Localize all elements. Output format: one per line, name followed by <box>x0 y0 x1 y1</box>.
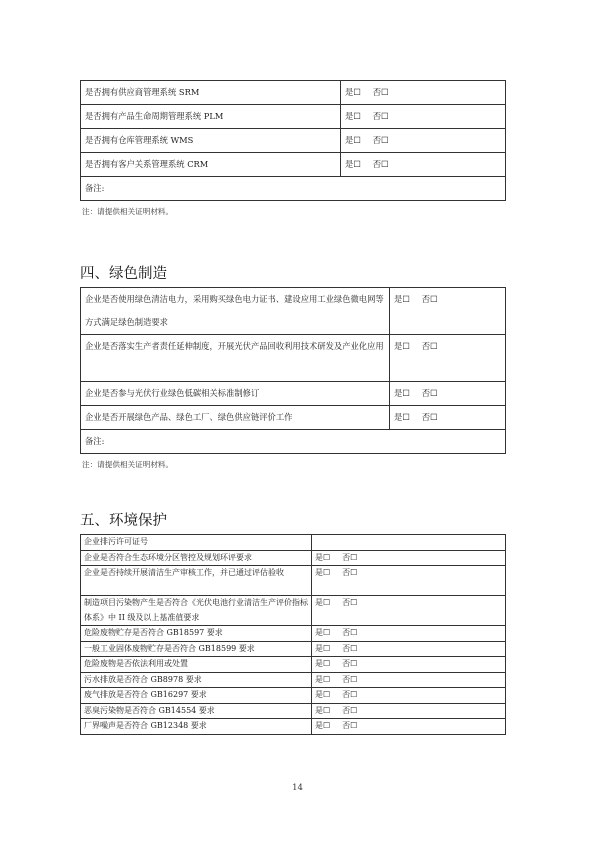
table-row: 污水排放是否符合 GB8978 要求 是☐否☐ <box>81 672 506 688</box>
yes-checkbox[interactable]: 是☐ <box>345 135 361 145</box>
yes-no-cell: 是☐否☐ <box>312 626 506 642</box>
page-number: 14 <box>0 783 595 793</box>
no-checkbox[interactable]: 否☐ <box>342 659 357 668</box>
yes-checkbox[interactable]: 是☐ <box>315 659 330 668</box>
yes-checkbox[interactable]: 是☐ <box>315 706 330 715</box>
table-row: 企业是否参与光伏行业绿色低碳相关标准制修订 是☐否☐ <box>81 382 506 406</box>
row-label: 是否拥有客户关系管理系统 CRM <box>81 153 341 177</box>
note-text: 注：请提供相关证明材料。 <box>82 206 173 217</box>
table-row: 企业是否开展绿色产品、绿色工厂、绿色供应链评价工作 是☐否☐ <box>81 406 506 430</box>
remarks-row: 备注: <box>81 430 506 454</box>
no-checkbox[interactable]: 否☐ <box>422 294 438 304</box>
row-label: 危险废物是否依法利用或处置 <box>81 657 312 673</box>
yes-checkbox[interactable]: 是☐ <box>394 294 410 304</box>
no-checkbox[interactable]: 否☐ <box>342 706 357 715</box>
it-systems-table: 是否拥有供应商管理系统 SRM 是☐否☐ 是否拥有产品生命周期管理系统 PLM … <box>80 80 506 201</box>
row-label: 一般工业固体废物贮存是否符合 GB18599 要求 <box>81 641 312 657</box>
no-checkbox[interactable]: 否☐ <box>422 341 438 351</box>
table-row: 废气排放是否符合 GB16297 要求 是☐否☐ <box>81 688 506 704</box>
row-label: 企业是否参与光伏行业绿色低碳相关标准制修订 <box>81 382 390 406</box>
no-checkbox[interactable]: 否☐ <box>342 598 357 607</box>
table-row: 危险废物贮存是否符合 GB18597 要求 是☐否☐ <box>81 626 506 642</box>
table-row: 企业是否持续开展清洁生产审核工作，并已通过评估验收 是☐否☐ <box>81 566 506 596</box>
yes-checkbox[interactable]: 是☐ <box>315 644 330 653</box>
yes-checkbox[interactable]: 是☐ <box>394 388 410 398</box>
yes-checkbox[interactable]: 是☐ <box>315 568 330 577</box>
row-label: 制造项目污染物产生是否符合《光伏电池行业清洁生产评价指标体系》中 II 级及以上… <box>81 596 312 626</box>
yes-no-cell: 是☐否☐ <box>341 81 506 105</box>
row-label: 厂界噪声是否符合 GB12348 要求 <box>81 719 312 735</box>
yes-no-cell: 是☐否☐ <box>390 288 506 335</box>
table-row: 企业是否符合生态环境分区管控及规划环评要求 是☐否☐ <box>81 550 506 566</box>
remarks-row: 备注: <box>81 177 506 201</box>
note-text: 注：请提供相关证明材料。 <box>82 459 173 470</box>
no-checkbox[interactable]: 否☐ <box>342 675 357 684</box>
no-checkbox[interactable]: 否☐ <box>342 644 357 653</box>
yes-no-cell: 是☐否☐ <box>390 382 506 406</box>
no-checkbox[interactable]: 否☐ <box>342 721 357 730</box>
yes-no-cell: 是☐否☐ <box>312 596 506 626</box>
no-checkbox[interactable]: 否☐ <box>422 412 438 422</box>
yes-checkbox[interactable]: 是☐ <box>345 159 361 169</box>
yes-no-cell: 是☐否☐ <box>312 688 506 704</box>
yes-checkbox[interactable]: 是☐ <box>345 87 361 97</box>
permit-number-field[interactable] <box>312 535 506 551</box>
table-row: 一般工业固体废物贮存是否符合 GB18599 要求 是☐否☐ <box>81 641 506 657</box>
table-row: 恶臭污染物是否符合 GB14554 要求 是☐否☐ <box>81 703 506 719</box>
table-row: 是否拥有客户关系管理系统 CRM 是☐否☐ <box>81 153 506 177</box>
section-title-green-manufacturing: 四、绿色制造 <box>80 262 167 283</box>
yes-no-cell: 是☐否☐ <box>312 719 506 735</box>
yes-no-cell: 是☐否☐ <box>312 641 506 657</box>
no-checkbox[interactable]: 否☐ <box>342 553 357 562</box>
row-label: 企业是否开展绿色产品、绿色工厂、绿色供应链评价工作 <box>81 406 390 430</box>
yes-checkbox[interactable]: 是☐ <box>315 628 330 637</box>
no-checkbox[interactable]: 否☐ <box>342 690 357 699</box>
yes-no-cell: 是☐否☐ <box>312 672 506 688</box>
table-row: 制造项目污染物产生是否符合《光伏电池行业清洁生产评价指标体系》中 II 级及以上… <box>81 596 506 626</box>
yes-checkbox[interactable]: 是☐ <box>315 598 330 607</box>
remarks-field[interactable]: 备注: <box>81 430 506 454</box>
no-checkbox[interactable]: 否☐ <box>373 111 389 121</box>
yes-no-cell: 是☐否☐ <box>341 153 506 177</box>
permit-label: 企业排污许可证号 <box>81 535 312 551</box>
row-label: 恶臭污染物是否符合 GB14554 要求 <box>81 703 312 719</box>
row-label: 危险废物贮存是否符合 GB18597 要求 <box>81 626 312 642</box>
remarks-field[interactable]: 备注: <box>81 177 506 201</box>
no-checkbox[interactable]: 否☐ <box>422 388 438 398</box>
row-label: 企业是否落实生产者责任延伸制度，开展光伏产品回收利用技术研发及产业化应用 <box>81 335 390 382</box>
row-label: 污水排放是否符合 GB8978 要求 <box>81 672 312 688</box>
yes-checkbox[interactable]: 是☐ <box>394 341 410 351</box>
green-manufacturing-table: 企业是否使用绿色清洁电力，采用购买绿色电力证书、建设应用工业绿色微电网等方式满足… <box>80 287 506 454</box>
permit-row: 企业排污许可证号 <box>81 535 506 551</box>
no-checkbox[interactable]: 否☐ <box>342 568 357 577</box>
row-label: 企业是否符合生态环境分区管控及规划环评要求 <box>81 550 312 566</box>
yes-no-cell: 是☐否☐ <box>341 105 506 129</box>
yes-checkbox[interactable]: 是☐ <box>315 690 330 699</box>
yes-no-cell: 是☐否☐ <box>312 566 506 596</box>
yes-no-cell: 是☐否☐ <box>341 129 506 153</box>
yes-checkbox[interactable]: 是☐ <box>315 721 330 730</box>
yes-checkbox[interactable]: 是☐ <box>315 553 330 562</box>
environmental-protection-table: 企业排污许可证号 企业是否符合生态环境分区管控及规划环评要求 是☐否☐ 企业是否… <box>80 534 506 735</box>
yes-checkbox[interactable]: 是☐ <box>345 111 361 121</box>
no-checkbox[interactable]: 否☐ <box>373 135 389 145</box>
section-title-environmental-protection: 五、环境保护 <box>80 509 167 530</box>
no-checkbox[interactable]: 否☐ <box>373 159 389 169</box>
table-row: 企业是否落实生产者责任延伸制度，开展光伏产品回收利用技术研发及产业化应用 是☐否… <box>81 335 506 382</box>
table-row: 是否拥有仓库管理系统 WMS 是☐否☐ <box>81 129 506 153</box>
row-label: 是否拥有产品生命周期管理系统 PLM <box>81 105 341 129</box>
row-label: 企业是否持续开展清洁生产审核工作，并已通过评估验收 <box>81 566 312 596</box>
row-label: 企业是否使用绿色清洁电力，采用购买绿色电力证书、建设应用工业绿色微电网等方式满足… <box>81 288 390 335</box>
yes-no-cell: 是☐否☐ <box>312 550 506 566</box>
yes-no-cell: 是☐否☐ <box>390 335 506 382</box>
no-checkbox[interactable]: 否☐ <box>342 628 357 637</box>
table-row: 厂界噪声是否符合 GB12348 要求 是☐否☐ <box>81 719 506 735</box>
yes-no-cell: 是☐否☐ <box>390 406 506 430</box>
yes-no-cell: 是☐否☐ <box>312 657 506 673</box>
table-row: 是否拥有供应商管理系统 SRM 是☐否☐ <box>81 81 506 105</box>
row-label: 是否拥有仓库管理系统 WMS <box>81 129 341 153</box>
no-checkbox[interactable]: 否☐ <box>373 87 389 97</box>
row-label: 是否拥有供应商管理系统 SRM <box>81 81 341 105</box>
table-row: 企业是否使用绿色清洁电力，采用购买绿色电力证书、建设应用工业绿色微电网等方式满足… <box>81 288 506 335</box>
table-row: 危险废物是否依法利用或处置 是☐否☐ <box>81 657 506 673</box>
yes-no-cell: 是☐否☐ <box>312 703 506 719</box>
table-row: 是否拥有产品生命周期管理系统 PLM 是☐否☐ <box>81 105 506 129</box>
yes-checkbox[interactable]: 是☐ <box>315 675 330 684</box>
row-label: 废气排放是否符合 GB16297 要求 <box>81 688 312 704</box>
yes-checkbox[interactable]: 是☐ <box>394 412 410 422</box>
